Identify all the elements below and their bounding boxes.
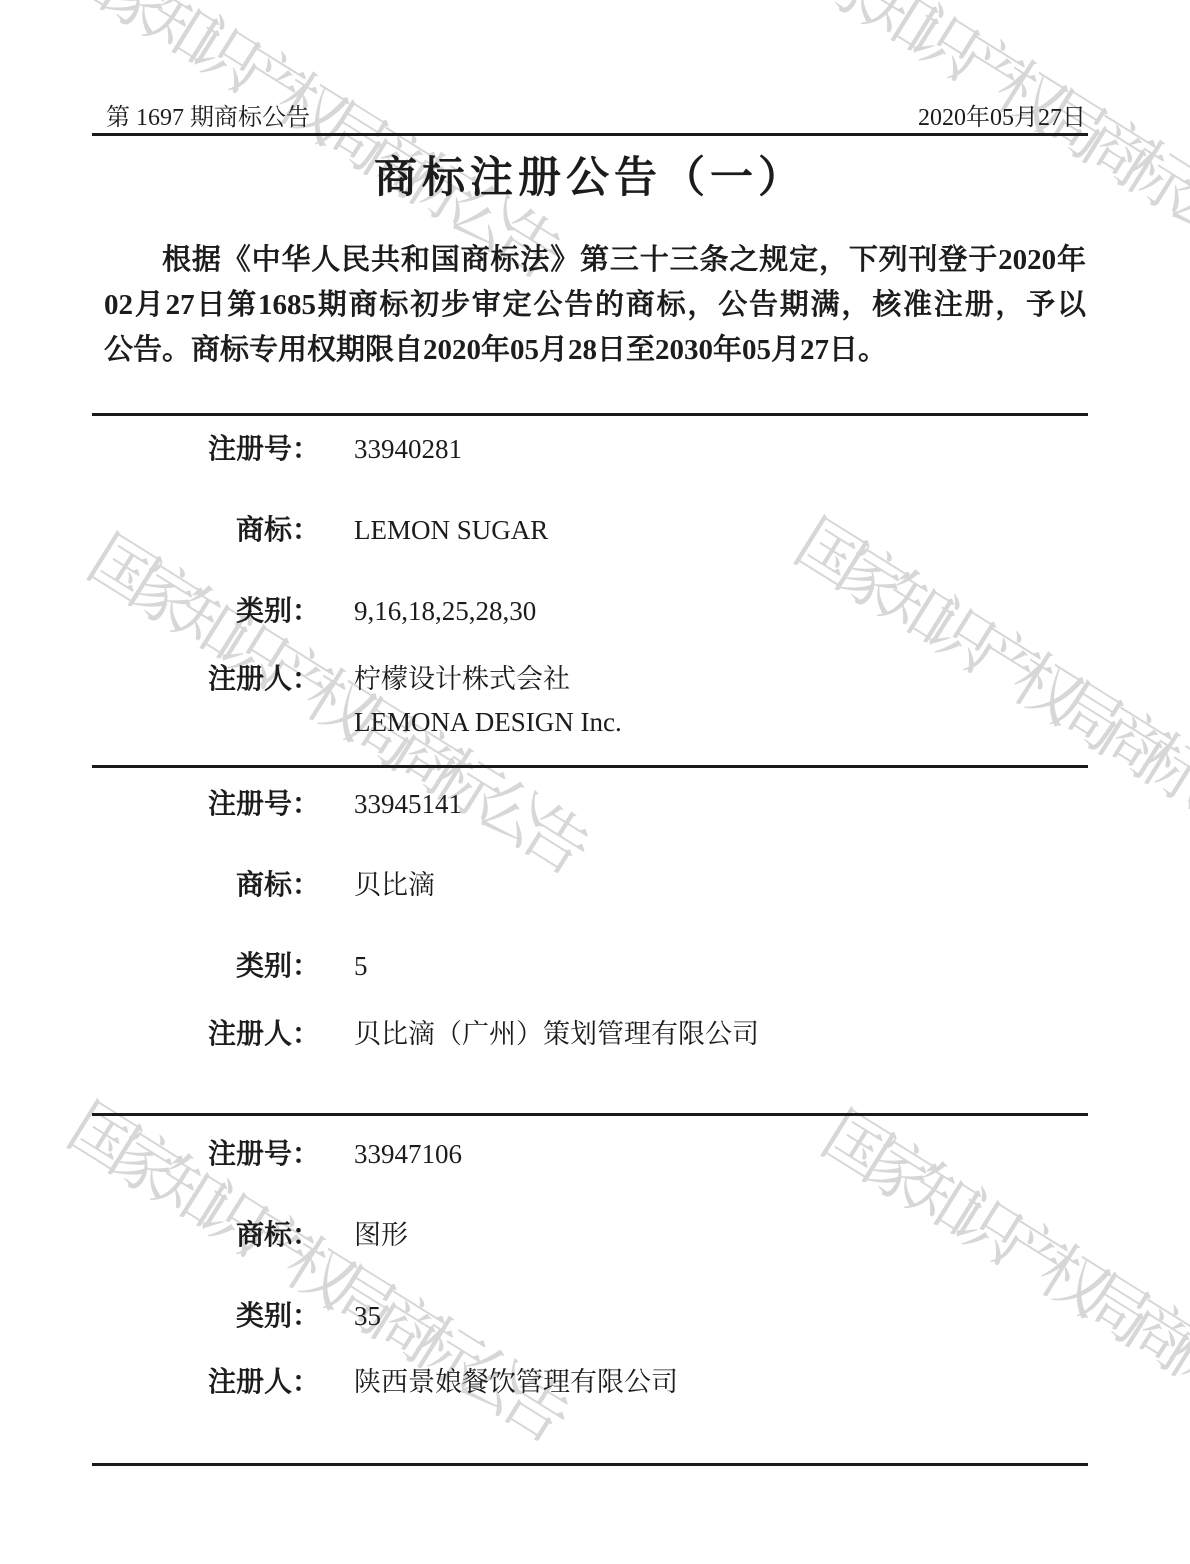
registration-number-value: 33940281 [354,433,1140,466]
class-label: 类别： [0,1300,320,1333]
trademark-label: 商标： [0,514,320,547]
trademark-value: 图形 [354,1219,1140,1252]
registrant-label: 注册人： [0,1366,320,1399]
class-value: 35 [354,1300,1140,1333]
registration-number-value: 33947106 [354,1138,1140,1171]
registrant-name-cn: 柠檬设计株式会社 [354,663,1140,696]
trademark-label: 商标： [0,1219,320,1252]
registrant-name-en: LEMONA DESIGN Inc. [354,706,1140,739]
issue-number: 第 1697 期商标公告 [106,97,310,132]
registration-number-label: 注册号： [0,788,320,821]
bottom-rule [92,1463,1088,1466]
registrant-label: 注册人： [0,663,320,696]
trademark-value: 贝比滴 [354,869,1140,902]
intro-line: 根据《中华人民共和国商标法》第三十三条之规定，下列刊登于2020年 [104,238,1086,283]
publication-date: 2020年05月27日 [918,97,1086,132]
header-rule [92,133,1088,136]
class-value: 5 [354,950,1140,983]
class-value: 9,16,18,25,28,30 [354,595,1140,628]
intro-paragraph: 根据《中华人民共和国商标法》第三十三条之规定，下列刊登于2020年 02月27日… [104,238,1086,373]
intro-line: 公告。商标专用权期限自2020年05月28日至2030年05月27日。 [104,328,1086,373]
registration-number-value: 33945141 [354,788,1140,821]
registration-number-label: 注册号： [0,433,320,466]
class-label: 类别： [0,595,320,628]
entry-separator [92,765,1088,768]
entry-separator [92,413,1088,416]
trademark-label: 商标： [0,869,320,902]
registrant-value: 陕西景娘餐饮管理有限公司 [354,1366,1140,1409]
intro-line: 02月27日第1685期商标初步审定公告的商标，公告期满，核准注册，予以 [104,283,1086,328]
registration-number-label: 注册号： [0,1138,320,1171]
registrant-value: 贝比滴（广州）策划管理有限公司 [354,1018,1140,1061]
registrant-label: 注册人： [0,1018,320,1051]
announcement-page: 国家知识产权局商标公告 国家知识产权局商标公告 国家知识产权局商标公告 国家知识… [0,0,1190,1564]
registrant-name-cn: 贝比滴（广州）策划管理有限公司 [354,1018,1140,1051]
registrant-value: 柠檬设计株式会社 LEMONA DESIGN Inc. [354,663,1140,739]
trademark-value: LEMON SUGAR [354,514,1140,547]
registrant-name-cn: 陕西景娘餐饮管理有限公司 [354,1366,1140,1399]
page-title: 商标注册公告（一） [92,144,1088,205]
class-label: 类别： [0,950,320,983]
entry-separator [92,1113,1088,1116]
